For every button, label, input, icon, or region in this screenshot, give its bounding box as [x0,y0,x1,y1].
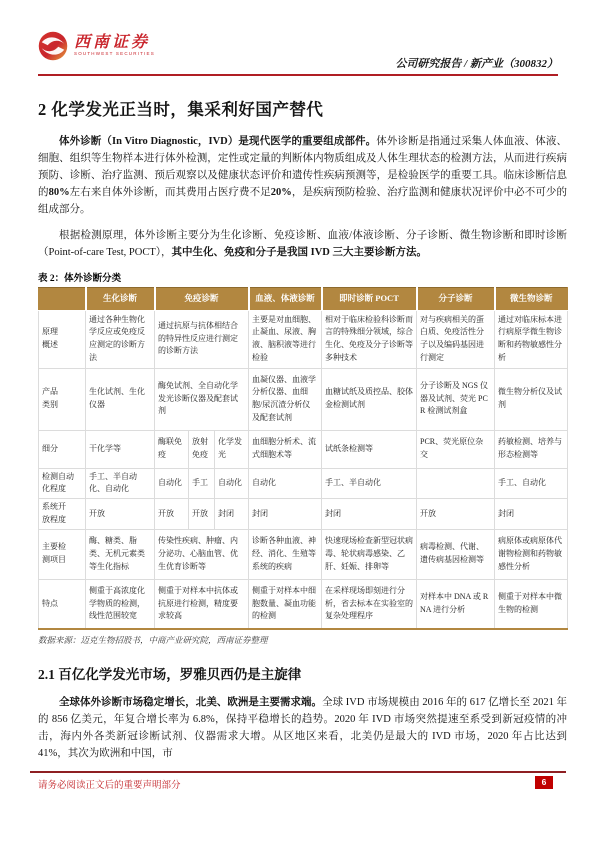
page-number-badge: 6 [535,776,553,789]
brand-name-cn: 西南证券 [74,35,155,51]
table-col-header-molecular: 分子诊断 [417,288,495,311]
table-header-row: 生化诊断 免疫诊断 血液、体液诊断 即时诊断 POCT 分子诊断 微生物诊断 [39,288,568,311]
table-cell: 手工、自动化 [495,468,568,499]
row-label: 细分 [39,430,86,468]
table-cell: 病原体或病原体代谢物检测和药物敏感性分析 [495,529,568,579]
table-col-header-microbe: 微生物诊断 [495,288,568,311]
table-row: 原理 概述 通过各种生物化学反应或免疫反应测定的诊断方法 通过抗原与抗体相结合的… [39,310,568,368]
table-cell: 通过各种生物化学反应或免疫反应测定的诊断方法 [86,310,155,368]
table-cell: 放射免疫 [189,430,215,468]
table-row: 检测自动 化程度 手工、半自动化、自动化 自动化 手工 自动化 自动化 手工、半… [39,468,568,499]
main-content: 2 化学发光正当时，集采利好国产替代 体外诊断（In Vitro Diagnos… [38,90,567,771]
table-row: 产品 类别 生化试剂、生化仪器 酶免试剂、全自动化学发光诊断仪器及配套试剂 血凝… [39,368,568,430]
table-cell: 对样本中 DNA 或 RNA 进行分析 [417,579,495,629]
brand-name-en: SOUTHWEST SECURITIES [74,51,155,57]
table-cell: 酶免试剂、全自动化学发光诊断仪器及配套试剂 [155,368,249,430]
table-cell: 封闭 [322,499,417,530]
table-cell: 酶、糖类、脂类、无机元素类等生化指标 [86,529,155,579]
table-col-header-immuno: 免疫诊断 [155,288,249,311]
table-row: 系统开 放程度 开放 开放 开放 封闭 封闭 封闭 开放 封闭 [39,499,568,530]
table-cell: 手工 [189,468,215,499]
table-row: 主要检 测项目 酶、糖类、脂类、无机元素类等生化指标 传染性疾病、肿瘤、内分泌功… [39,529,568,579]
table-cell: 侧重于对样本中抗体或抗原进行检测，精度要求较高 [155,579,249,629]
report-type-label: 公司研究报告 / 新产业（300832） [395,55,558,71]
row-label: 系统开 放程度 [39,499,86,530]
table-row: 细分 干化学等 酶联免疫 放射免疫 化学发光 血细胞分析术、流式细胞术等 试纸条… [39,430,568,468]
table-cell: 开放 [417,499,495,530]
table-col-header-blank [39,288,86,311]
table-cell: 药敏检测、培养与形态检测等 [495,430,568,468]
table-cell: 开放 [189,499,215,530]
table-cell [417,468,495,499]
table-row: 特点 侧重于高浓度化学物质的检测，线性范围较宽 侧重于对样本中抗体或抗原进行检测… [39,579,568,629]
table-cell: 血糖试纸及质控品、胶体金检测试剂 [322,368,417,430]
paragraph-global-market: 全球体外诊断市场稳定增长，北美、欧洲是主要需求端。全球 IVD 市场规模由 20… [38,694,567,762]
data-source-note: 数据来源：迈克生物招股书，中商产业研究院，西南证券整理 [38,634,567,646]
paragraph-ivd-intro: 体外诊断（In Vitro Diagnostic，IVD）是现代医学的重要组成部… [38,133,567,218]
paragraph-ivd-categories: 根据检测原理，体外诊断主要分为生化诊断、免疫诊断、血液/体液诊断、分子诊断、微生… [38,227,567,261]
section-2-title: 2 化学发光正当时，集采利好国产替代 [38,96,567,120]
table-cell: 血凝仪器、血液学分析仪器、血细胞/尿沉渣分析仪及配套试剂 [249,368,322,430]
table-cell: 通过抗原与抗体相结合的特异性反应进行测定的诊断方法 [155,310,249,368]
table-cell: 分子诊断及 NGS 仪器及试剂、荧光 PCR 检测试剂盒 [417,368,495,430]
table-cell: 化学发光 [215,430,249,468]
table-cell: 封闭 [215,499,249,530]
table-cell: 手工、半自动化 [322,468,417,499]
ivd-classification-table: 生化诊断 免疫诊断 血液、体液诊断 即时诊断 POCT 分子诊断 微生物诊断 原… [38,287,568,630]
table-cell: 主要是对血细胞、止凝血、尿液、胸液、脑积液等进行检验 [249,310,322,368]
table-cell: 试纸条检测等 [322,430,417,468]
table-cell: 干化学等 [86,430,155,468]
row-label: 检测自动 化程度 [39,468,86,499]
row-label: 产品 类别 [39,368,86,430]
row-label: 主要检 测项目 [39,529,86,579]
table-cell: 生化试剂、生化仪器 [86,368,155,430]
table-cell: 快速现场检查新型冠状病毒、轮状病毒感染、乙肝、妊娠、排卵等 [322,529,417,579]
table-cell: 封闭 [249,499,322,530]
brand-logo: 西南证券 SOUTHWEST SECURITIES [38,31,155,61]
table-cell: 自动化 [215,468,249,499]
table-cell: 侧重于对样本中微生物的检测 [495,579,568,629]
table-cell: 通过对临床标本进行病原学微生物诊断和药物敏感性分析 [495,310,568,368]
section-2-1-title: 2.1 百亿化学发光市场，罗雅贝西仍是主旋律 [38,663,567,683]
table-cell: 相对于临床检验科诊断而言的特殊细分领域，综合生化、免疫及分子诊断等多种技术 [322,310,417,368]
table-cell: 手工、半自动化、自动化 [86,468,155,499]
row-label: 原理 概述 [39,310,86,368]
table-cell: 侧重于高浓度化学物质的检测，线性范围较宽 [86,579,155,629]
table-cell: 侧重于对样本中细胞数量、凝血功能的检测 [249,579,322,629]
table-cell: 酶联免疫 [155,430,189,468]
table-col-header-blood: 血液、体液诊断 [249,288,322,311]
table-cell: 病毒检测、代谢、遗传病基因检测等 [417,529,495,579]
footer-divider [30,771,566,773]
table-cell: 自动化 [155,468,189,499]
table-cell: 传染性疾病、肿瘤、内分泌功、心脑血管、优生优育诊断等 [155,529,249,579]
table-cell: 封闭 [495,499,568,530]
table-col-header-poct: 即时诊断 POCT [322,288,417,311]
table-cell: 开放 [155,499,189,530]
table-caption: 表 2：体外诊断分类 [38,270,567,284]
table-cell: 血细胞分析术、流式细胞术等 [249,430,322,468]
table-cell: 诊断各种血液、神经、消化、生殖等系统的疾病 [249,529,322,579]
table-cell: PCR、荧光原位杂交 [417,430,495,468]
table-col-header-biochem: 生化诊断 [86,288,155,311]
report-page: 西南证券 SOUTHWEST SECURITIES 公司研究报告 / 新产业（3… [0,0,596,843]
table-cell: 开放 [86,499,155,530]
table-cell: 微生物分析仪及试剂 [495,368,568,430]
table-cell: 在采样现场即刻进行分析，省去标本在实验室的复杂处理程序 [322,579,417,629]
header-divider [38,74,558,76]
table-cell: 对与疾病相关的蛋白质、免疫活性分子以及编码基因进行测定 [417,310,495,368]
table-cell: 自动化 [249,468,322,499]
swirl-logo-icon [38,31,68,61]
row-label: 特点 [39,579,86,629]
footer-disclaimer: 请务必阅读正文后的重要声明部分 [38,777,181,791]
